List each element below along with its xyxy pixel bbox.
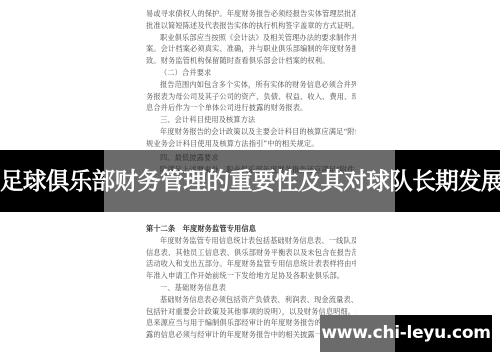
doc-line: 易或寻求债权人的保护。年度财务报告必须经报告实体管理层批准。管理层的 <box>146 8 356 20</box>
document-section-top: 易或寻求债权人的保护。年度财务报告必须经报告实体管理层批准。管理层的 批准以简短… <box>146 8 356 150</box>
article-heading: 第十二条 年度财务监管专用信息 <box>146 223 356 235</box>
document-page: 易或寻求债权人的保护。年度财务报告必须经报告实体管理层批准。管理层的 批准以简短… <box>0 0 500 362</box>
doc-line: 活动收入和支出五部分。年度财务监管专用信息统计表表样将由中国足协于每 <box>146 258 356 270</box>
section-heading: 三、会计科目使用及核算方法 <box>146 114 356 126</box>
section-heading: （二）合并要求 <box>146 67 356 79</box>
doc-line: 年度财务报告的会计政策以及主要会计科目的核算应满足“附件二 主要常 <box>146 126 356 138</box>
doc-line: 信息表、其他员工信息表、俱乐部财务平衡表以及未包含在报告范围内的足球 <box>146 247 356 259</box>
article-title: 足球俱乐部财务管理的重要性及其对球队长期发展的影响 <box>0 167 500 195</box>
doc-line: 务报表为母公司及其子公司的资产、负债、权益、收入、费用、现金流量等信 <box>146 91 356 103</box>
doc-line: 案。会计档案必须真实、准确，并与职业俱乐部编制的年度财务报告可核对一 <box>146 43 356 55</box>
doc-line: 年准入申请工作开始前统一下发给地方足协及各职业俱乐部。 <box>146 270 356 282</box>
doc-line: 批准以简短陈述及代表报告实体的执行机构签字盖章的方式证明。 <box>146 20 356 32</box>
watermark-url: www.chi-leyu.com <box>320 322 492 344</box>
doc-line: 基础财务信息表必须包括资产负债表、利润表、现金流量表、附注（其中 <box>146 294 356 306</box>
section-heading: 四、最低披露要求 <box>146 152 356 164</box>
doc-line: 致。财务监管机构保留随时查看俱乐部会计档案的权利。 <box>146 55 356 67</box>
doc-line: 年度财务监管专用信息统计表包括基础财务信息表、一线队及预备队球员 <box>146 235 356 247</box>
doc-line: 职业俱乐部应当按照《会计法》及相关管理办法的要求制作并保存会计档 <box>146 32 356 44</box>
section-heading: 一、基础财务信息表 <box>146 282 356 294</box>
doc-line: 规业务会计科目使用及核算方法指引”中的相关规定。 <box>146 138 356 150</box>
doc-line: 息合并后作为一个单体公司进行披露的财务报表。 <box>146 102 356 114</box>
title-banner: 四、最低披露要求 除满足上述要求外，职业俱乐部年度财务报告还应满足“附件三 年度… <box>0 150 500 212</box>
doc-line: 报告范围内如包含多个实体，所有实体的财务信息必须合并列报。合并财 <box>146 79 356 91</box>
watermark: www.chi-leyu.com <box>320 315 492 352</box>
